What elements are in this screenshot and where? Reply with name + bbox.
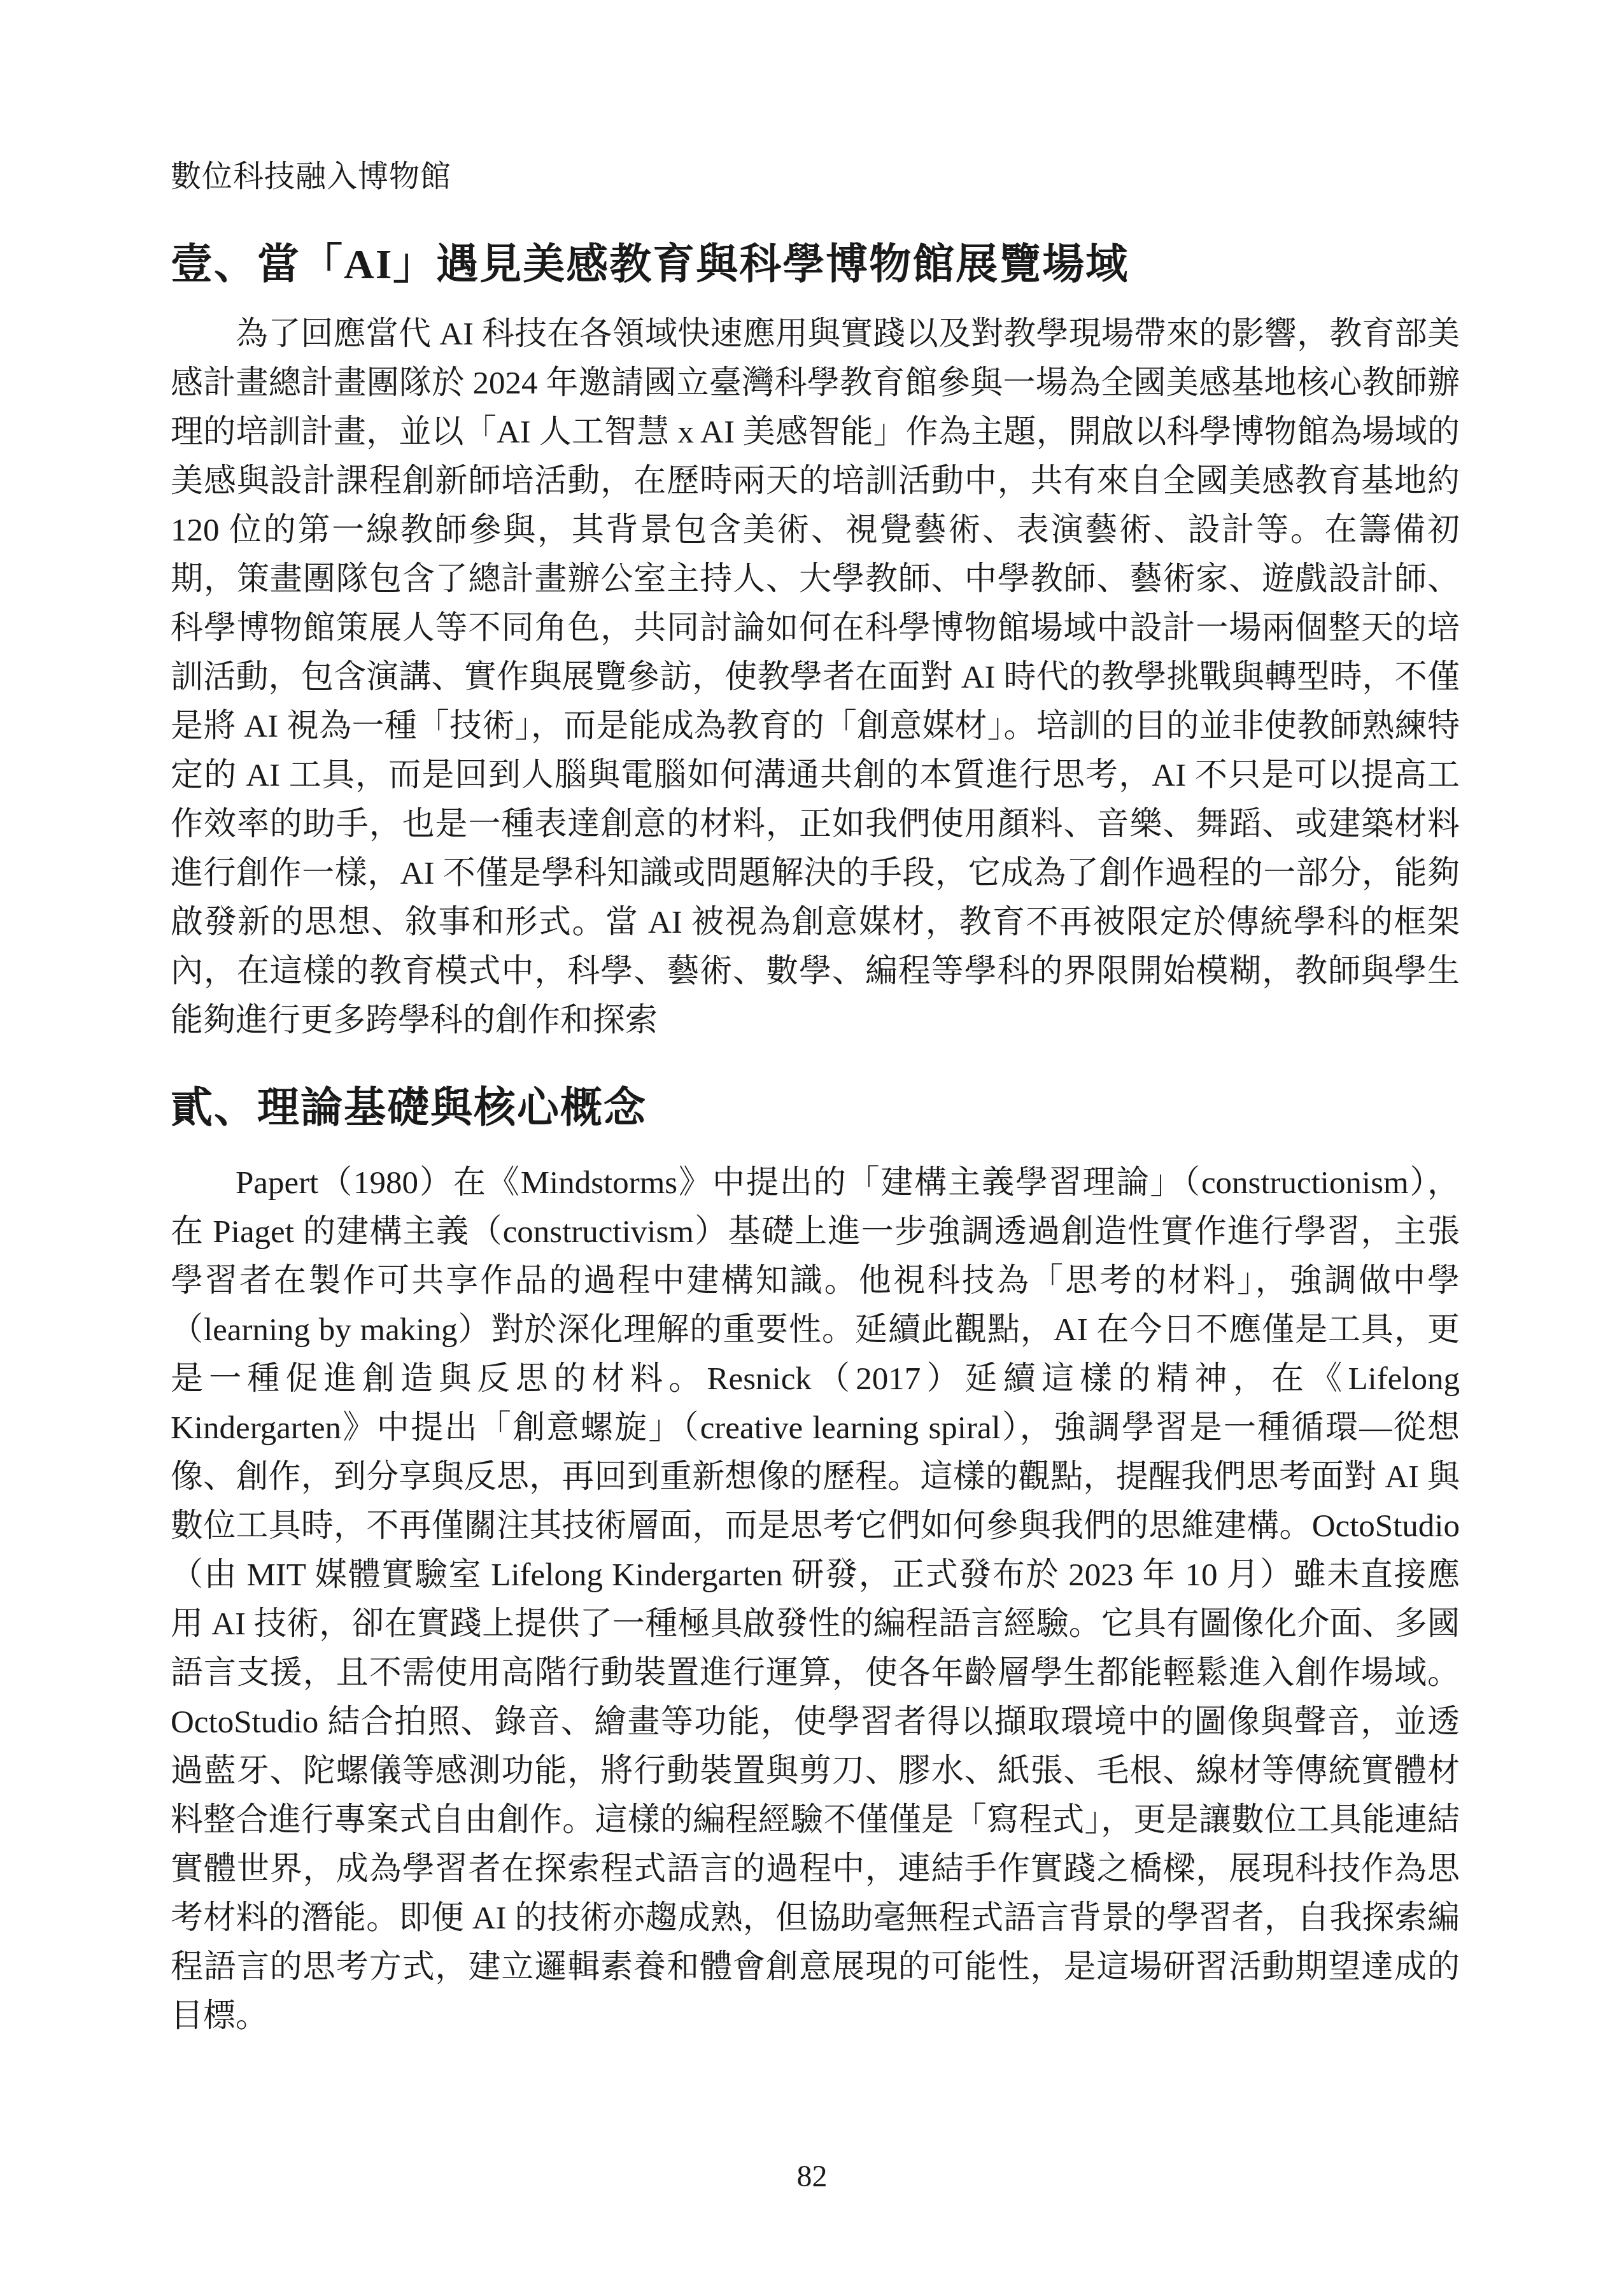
section-2-heading: 貳、理論基礎與核心概念 bbox=[171, 1084, 1460, 1133]
section-1-heading: 壹、當「AI」遇見美感教育與科學博物館展覽場域 bbox=[171, 240, 1460, 290]
page-number: 82 bbox=[0, 2158, 1624, 2195]
running-header: 數位科技融入博物館 bbox=[171, 159, 1460, 194]
section-2-paragraph: Papert（1980）在《Mindstorms》中提出的「建構主義學習理論」（… bbox=[171, 1159, 1460, 2041]
section-1-paragraph: 為了回應當代 AI 科技在各領域快速應用與實踐以及對教學現場帶來的影響，教育部美… bbox=[171, 310, 1460, 1045]
document-page: 數位科技融入博物館 壹、當「AI」遇見美感教育與科學博物館展覽場域 為了回應當代… bbox=[0, 0, 1624, 2278]
